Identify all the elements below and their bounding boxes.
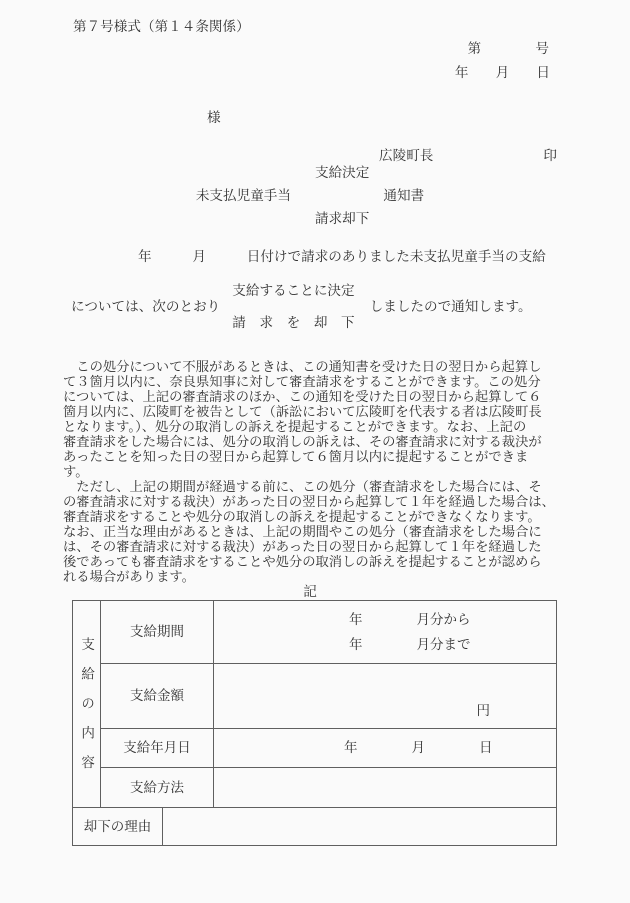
table-row-amount: 支給金額 円 bbox=[73, 663, 557, 728]
label-payment-amount: 支給金額 bbox=[101, 663, 214, 728]
label-payment-date: 支給年月日 bbox=[101, 728, 214, 767]
value-payment-method bbox=[214, 767, 557, 807]
title-option-approval: 支給決定 bbox=[315, 165, 369, 180]
title-option-rejection: 請求却下 bbox=[315, 211, 369, 226]
appeal-notice-text: この処分について不服があるときは、この通知書を受けた日の翌日から起算し て３箇月… bbox=[63, 344, 557, 584]
table-vertical-header-cell: 支給の内容 bbox=[73, 600, 101, 807]
decision-sentence: については、次のとおり 支給することに決定 請 求 を 却 下 しましたので通知… bbox=[63, 283, 557, 330]
value-payment-period: 年 月分から 年 月分まで bbox=[214, 600, 557, 663]
decision-right-text: しましたので通知します。 bbox=[370, 299, 532, 314]
document-page: 第７号様式（第１４条関係） 第 号 年 月 日 様 広陵町長 印 未支払児童手当… bbox=[0, 0, 630, 903]
table-row-rejection-reason: 却下の理由 bbox=[73, 807, 557, 845]
addressee-line: 様 bbox=[207, 110, 557, 125]
vertical-header-text: 支給の内容 bbox=[79, 637, 94, 785]
value-payment-amount: 円 bbox=[214, 663, 557, 728]
payment-period-blank: 年 月分から 年 月分まで bbox=[214, 607, 556, 657]
title-left: 未支払児童手当 bbox=[196, 188, 291, 203]
payment-date-blank: 年 月 日 bbox=[214, 740, 556, 755]
form-number: 第７号様式（第１４条関係） bbox=[73, 19, 557, 34]
decision-left-text: については、次のとおり bbox=[71, 299, 220, 314]
label-rejection-reason: 却下の理由 bbox=[73, 807, 163, 845]
label-payment-period: 支給期間 bbox=[101, 600, 214, 663]
document-date-line: 年 月 日 bbox=[63, 65, 557, 80]
sender-line: 広陵町長 印 bbox=[63, 148, 557, 163]
appeal-paragraph-1: この処分について不服があるときは、この通知書を受けた日の翌日から起算し て３箇月… bbox=[63, 359, 542, 479]
table-row-period: 支給の内容 支給期間 年 月分から 年 月分まで bbox=[73, 600, 557, 663]
table-row-payment-date: 支給年月日 年 月 日 bbox=[73, 728, 557, 767]
document-title: 未支払児童手当 支給決定 請求却下 通知書 bbox=[63, 165, 557, 226]
decision-options: 支給することに決定 請 求 を 却 下 bbox=[232, 283, 354, 330]
table-row-payment-method: 支給方法 bbox=[73, 767, 557, 807]
sender-title: 広陵町長 bbox=[379, 148, 433, 163]
appeal-paragraph-2: ただし、上記の期間が経過する前に、この処分（審査請求をした場合には、そ の審査請… bbox=[63, 479, 555, 584]
title-options: 支給決定 請求却下 bbox=[315, 165, 369, 226]
request-date-line: 年 月 日付けで請求のありました未支払児童手当の支給 bbox=[138, 249, 557, 264]
seal-placeholder: 印 bbox=[543, 148, 557, 163]
decision-option-rejection: 請 求 を 却 下 bbox=[232, 315, 354, 330]
value-rejection-reason bbox=[163, 807, 557, 845]
title-right: 通知書 bbox=[383, 188, 424, 203]
label-payment-method: 支給方法 bbox=[101, 767, 214, 807]
payment-amount-blank: 円 bbox=[214, 664, 556, 727]
ki-label: 記 bbox=[63, 584, 557, 599]
document-number-line: 第 号 bbox=[63, 41, 557, 56]
addressee-suffix: 様 bbox=[207, 110, 221, 125]
decision-option-approval: 支給することに決定 bbox=[232, 283, 354, 298]
benefit-details-table: 支給の内容 支給期間 年 月分から 年 月分まで 支給金額 円 支給年月日 年 … bbox=[72, 600, 557, 846]
value-payment-date: 年 月 日 bbox=[214, 728, 557, 767]
